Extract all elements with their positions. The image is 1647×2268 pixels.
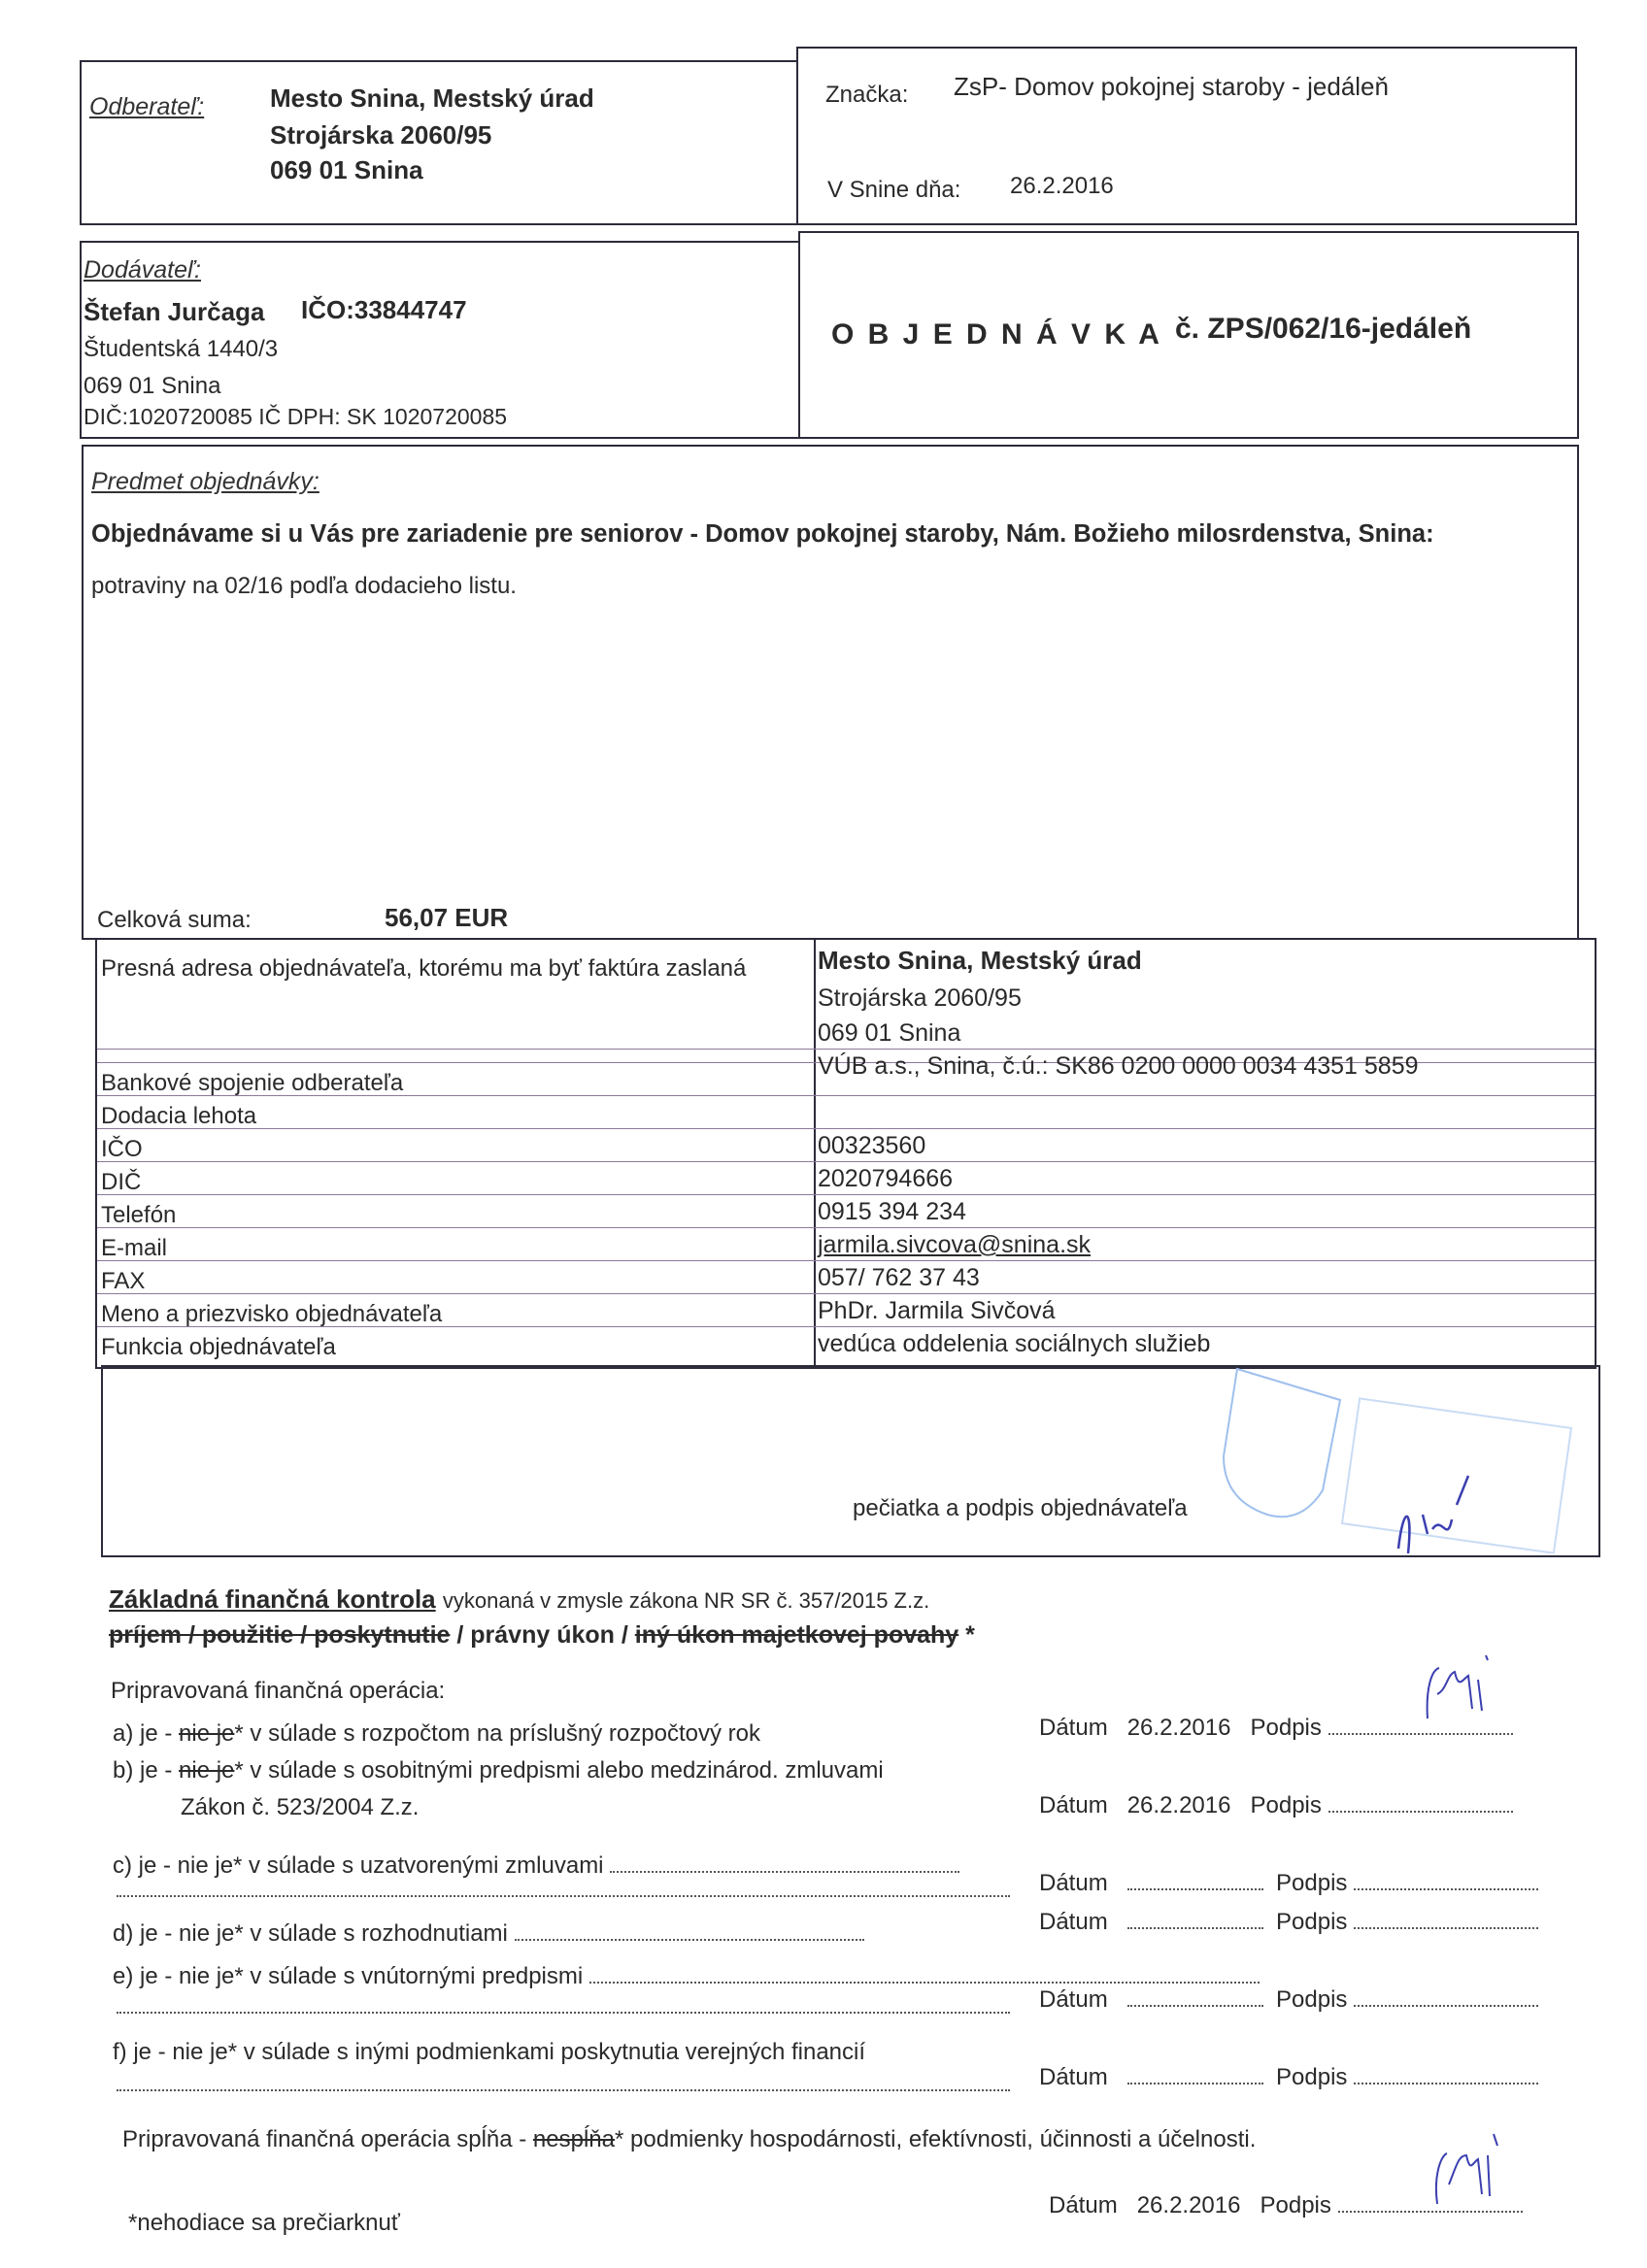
control-signature-row: Dátum Podpis — [1039, 1870, 1538, 1897]
customer-city: 069 01 Snina — [270, 155, 423, 185]
sign-field[interactable] — [1354, 2083, 1538, 2085]
supplier-ico: IČO:33844747 — [301, 295, 467, 325]
control-signature-row: Dátum Podpis — [1039, 1986, 1538, 2014]
detail-row-value: vedúca oddelenia sociálnych služieb — [818, 1330, 1210, 1358]
control-item: d) je - nie je* v súlade s rozhodnutiami — [113, 1920, 864, 1948]
sign-label: Podpis — [1276, 1870, 1347, 1896]
item-prefix: b) je - — [113, 1757, 179, 1784]
control-heading: Základná finančná kontrola vykonaná v zm… — [109, 1584, 929, 1615]
final-date-label: Dátum — [1049, 2192, 1118, 2218]
signature-a-icon — [1418, 1651, 1505, 1728]
date-field[interactable] — [1127, 1927, 1263, 1929]
email-link[interactable]: jarmila.sivcova@snina.sk — [818, 1231, 1091, 1259]
control-signature-row: Dátum Podpis — [1039, 1909, 1538, 1936]
final-sign-label: Podpis — [1260, 2192, 1331, 2218]
sign-label: Podpis — [1276, 2064, 1347, 2090]
subject-cell — [82, 445, 1579, 940]
sign-field[interactable] — [1354, 1888, 1538, 1890]
date-label: V Snine dňa: — [827, 177, 960, 204]
detail-row-value: 057/ 762 37 43 — [818, 1264, 980, 1292]
control-item: c) je - nie je* v súlade s uzatvorenými … — [113, 1852, 959, 1880]
date-label: Dátum — [1039, 1715, 1108, 1741]
control-signature-row: Dátum Podpis — [1039, 2064, 1538, 2091]
final-rest: * podmienky hospodárnosti, efektívnosti,… — [615, 2126, 1256, 2152]
row-divider — [97, 1260, 1595, 1261]
control-signature-row: Dátum 26.2.2016 Podpis — [1039, 1792, 1513, 1819]
struck-type-2: iný úkon majetkovej povahy — [635, 1621, 958, 1649]
final-statement: Pripravovaná finančná operácia spĺňa - n… — [122, 2126, 1256, 2153]
item-text: * v súlade s osobitnými predpismi alebo … — [234, 1757, 883, 1784]
date-label: Dátum — [1039, 1986, 1108, 2013]
details-divider — [814, 938, 816, 1369]
customer-label: Odberateľ: — [89, 93, 204, 121]
row-divider — [97, 1293, 1595, 1294]
row-divider — [97, 1227, 1595, 1228]
item-note-continuation[interactable] — [117, 2012, 1010, 2014]
item-text: * v súlade s inými podmienkami poskytnut… — [228, 2039, 865, 2065]
total-label: Celková suma: — [97, 907, 252, 934]
date-value: 26.2.2016 — [1010, 173, 1114, 200]
order-number: č. ZPS/062/16-jedáleň — [1175, 313, 1471, 346]
detail-row-label: DIČ — [101, 1169, 141, 1196]
row-divider — [97, 1128, 1595, 1129]
stamp-caption: pečiatka a podpis objednávateľa — [853, 1495, 1188, 1522]
sign-label: Podpis — [1251, 1715, 1322, 1741]
final-prefix: Pripravovaná finančná operácia spĺňa - — [122, 2126, 533, 2152]
sign-label: Podpis — [1276, 1986, 1347, 2013]
detail-row-label: Bankové spojenie odberateľa — [101, 1070, 403, 1097]
item-text: * v súlade s uzatvorenými zmluvami — [233, 1852, 603, 1879]
date-field[interactable] — [1127, 2083, 1263, 2085]
item-prefix: f) je - nie je — [113, 2039, 228, 2065]
date-field[interactable] — [1127, 1888, 1263, 1890]
order-title: O B J E D N Á V K A — [831, 318, 1162, 351]
address-label: Presná adresa objednávateľa, ktorému ma … — [101, 955, 746, 983]
supplier-street: Študentská 1440/3 — [84, 336, 278, 363]
supplier-tax: DIČ:1020720085 IČ DPH: SK 1020720085 — [84, 404, 507, 430]
control-item: b) je - nie je* v súlade s osobitnými pr… — [113, 1757, 884, 1784]
supplier-label: Dodávateľ: — [84, 256, 201, 284]
item-prefix: c) je - nie je — [113, 1852, 233, 1879]
final-date-value: 26.2.2016 — [1137, 2192, 1241, 2218]
row-divider — [97, 1194, 1595, 1195]
item-prefix: e) je - nie je — [113, 1963, 234, 1989]
kept-type: / právny úkon / — [450, 1621, 634, 1649]
item-note-continuation[interactable] — [117, 1895, 1010, 1897]
struck-type-1: príjem / použitie / poskytnutie — [109, 1621, 450, 1649]
stamp-icon — [1214, 1359, 1583, 1553]
sign-field[interactable] — [1328, 1811, 1513, 1813]
item-note-field[interactable] — [589, 1982, 1260, 1984]
detail-row-value: 00323560 — [818, 1132, 925, 1160]
date-value: 26.2.2016 — [1127, 1715, 1231, 1741]
item-note-field[interactable] — [610, 1871, 959, 1873]
detail-row-label: Funkcia objednávateľa — [101, 1334, 336, 1361]
mark-value: ZsP- Domov pokojnej staroby - jedáleň — [954, 72, 1389, 102]
detail-row-value: 2020794666 — [818, 1165, 953, 1193]
detail-row-label: Dodacia lehota — [101, 1103, 256, 1130]
customer-name: Mesto Snina, Mestský úrad — [270, 83, 594, 114]
row-divider — [97, 1326, 1595, 1327]
final-struck: nespĺňa — [533, 2126, 615, 2152]
subject-detail: potraviny na 02/16 podľa dodacieho listu… — [91, 573, 517, 600]
detail-row-label: Meno a priezvisko objednávateľa — [101, 1301, 442, 1328]
sign-label: Podpis — [1276, 1909, 1347, 1935]
date-label: Dátum — [1039, 1792, 1108, 1818]
address-name: Mesto Snina, Mestský úrad — [818, 946, 1142, 976]
supplier-city: 069 01 Snina — [84, 373, 220, 400]
item-text: * v súlade s vnútornými predpismi — [234, 1963, 583, 1989]
item-note-continuation[interactable] — [117, 2089, 1010, 2091]
date-label: Dátum — [1039, 2064, 1108, 2090]
sign-field[interactable] — [1354, 2005, 1538, 2007]
item-text: * v súlade s rozpočtom na príslušný rozp… — [234, 1720, 760, 1747]
detail-row-value: VÚB a.s., Snina, č.ú.: SK86 0200 0000 00… — [818, 1052, 1419, 1081]
row-divider — [97, 1161, 1595, 1162]
row-divider — [97, 1095, 1595, 1096]
detail-row-label: IČO — [101, 1136, 143, 1163]
detail-row-label: E-mail — [101, 1235, 167, 1262]
date-label: Dátum — [1039, 1909, 1108, 1935]
control-intro: Pripravovaná finančná operácia: — [111, 1678, 445, 1705]
item-note-field[interactable] — [515, 1939, 864, 1941]
customer-street: Strojárska 2060/95 — [270, 120, 491, 150]
control-type-line: príjem / použitie / poskytnutie / právny… — [109, 1621, 975, 1650]
item-struck: nie je — [179, 1757, 234, 1784]
item-sub: Zákon č. 523/2004 Z.z. — [181, 1794, 419, 1821]
address-city: 069 01 Snina — [818, 1019, 960, 1048]
detail-row-label: Telefón — [101, 1202, 176, 1229]
item-prefix: a) je - — [113, 1720, 179, 1747]
row-divider — [97, 1049, 1595, 1050]
total-value: 56,07 EUR — [385, 903, 508, 933]
subject-main: Objednávame si u Vás pre zariadenie pre … — [91, 520, 1434, 549]
date-field[interactable] — [1127, 2005, 1263, 2007]
supplier-name: Štefan Jurčaga — [84, 297, 264, 327]
footnote: *nehodiace sa prečiarknuť — [128, 2210, 400, 2237]
control-title: Základná finančná kontrola — [109, 1584, 436, 1614]
detail-row-value: PhDr. Jarmila Sivčová — [818, 1297, 1056, 1325]
signature-final-icon — [1428, 2126, 1515, 2214]
item-prefix: d) je - nie je — [113, 1920, 234, 1947]
address-street: Strojárska 2060/95 — [818, 984, 1022, 1013]
control-item: f) je - nie je* v súlade s inými podmien… — [113, 2039, 865, 2066]
item-struck: nie je — [179, 1720, 234, 1747]
sign-field[interactable] — [1354, 1927, 1538, 1929]
control-item: a) je - nie je* v súlade s rozpočtom na … — [113, 1720, 760, 1748]
asterisk: * — [958, 1621, 975, 1649]
subject-label: Predmet objednávky: — [91, 468, 319, 496]
control-title-rest: vykonaná v zmysle zákona NR SR č. 357/20… — [443, 1588, 929, 1613]
mark-label: Značka: — [825, 82, 908, 109]
sign-field[interactable] — [1328, 1733, 1513, 1735]
date-label: Dátum — [1039, 1870, 1108, 1896]
item-text: * v súlade s rozhodnutiami — [234, 1920, 507, 1947]
date-value: 26.2.2016 — [1127, 1792, 1231, 1818]
detail-row-label: FAX — [101, 1268, 145, 1295]
detail-row-value: 0915 394 234 — [818, 1198, 966, 1226]
sign-label: Podpis — [1251, 1792, 1322, 1818]
